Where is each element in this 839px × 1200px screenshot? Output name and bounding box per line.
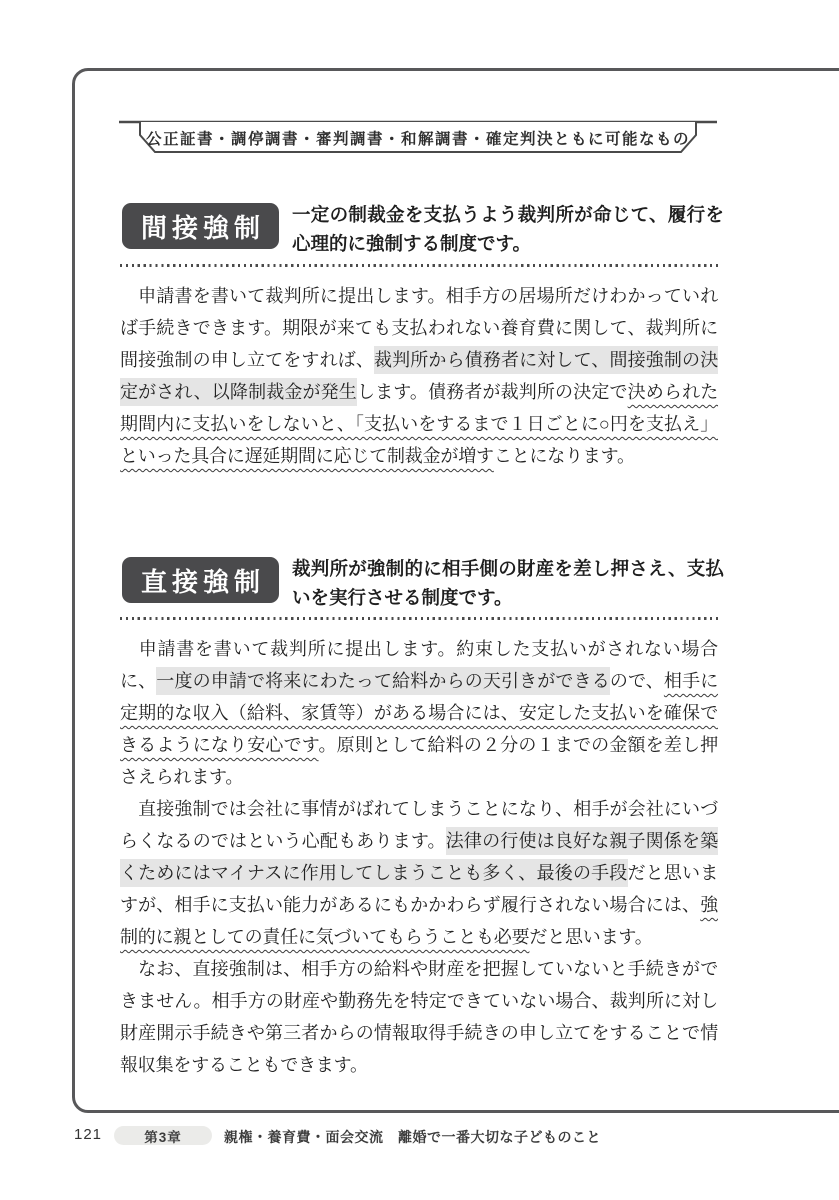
section-heading-box-direct: 直接強制 — [122, 557, 279, 603]
section-heading-label: 間接強制 — [136, 208, 265, 245]
body-paragraph: 直接強制では会社に事情がばれてしまうことになり、相手が会社にいづらくなるのではと… — [120, 793, 718, 953]
text-run: ことになります。 — [494, 446, 635, 466]
text-run: ので、 — [610, 671, 664, 691]
body-paragraph: なお、直接強制は、相手方の給料や財産を把握していないと手続きができません。相手方… — [120, 953, 718, 1081]
section-description: 一定の制裁金を支払うよう裁判所が命じて、履行を心理的に強制する制度です。 — [292, 201, 724, 258]
banner-ribbon: 公正証書・調停調書・審判調書・和解調書・確定判決ともに可能なもの — [118, 119, 718, 155]
dotted-divider — [120, 617, 718, 620]
chapter-badge-label: 第3章 — [144, 1126, 182, 1146]
banner-label: 公正証書・調停調書・審判調書・和解調書・確定判決ともに可能なもの — [118, 124, 718, 152]
chapter-title: 親権・養育費・面会交流 離婚で一番大切な子どものこと — [224, 1127, 601, 1147]
section-body-indirect: 申請書を書いて裁判所に提出します。相手方の居場所だけわかっていれば手続きできます… — [120, 280, 718, 472]
body-paragraph: 申請書を書いて裁判所に提出します。約束した支払いがされない場合に、一度の申請で将… — [120, 633, 718, 793]
dotted-divider — [120, 264, 718, 267]
section-heading-box-indirect: 間接強制 — [122, 203, 279, 249]
chapter-badge: 第3章 — [114, 1126, 212, 1145]
text-run: します。債務者が裁判所の決定で — [357, 382, 628, 402]
section-description: 裁判所が強制的に相手側の財産を差し押さえ、支払いを実行させる制度です。 — [292, 555, 724, 612]
page-number: 121 — [74, 1126, 102, 1143]
text-run: だと思います。 — [529, 927, 652, 947]
section-heading-label: 直接強制 — [136, 562, 265, 599]
highlighted-text: 一度の申請で将来にわたって給料からの天引きができる — [156, 667, 610, 695]
body-paragraph: 申請書を書いて裁判所に提出します。相手方の居場所だけわかっていれば手続きできます… — [120, 280, 718, 472]
section-body-direct: 申請書を書いて裁判所に提出します。約束した支払いがされない場合に、一度の申請で将… — [120, 633, 718, 1081]
text-run: なお、直接強制は、相手方の給料や財産を把握していないと手続きができません。相手方… — [120, 959, 718, 1075]
